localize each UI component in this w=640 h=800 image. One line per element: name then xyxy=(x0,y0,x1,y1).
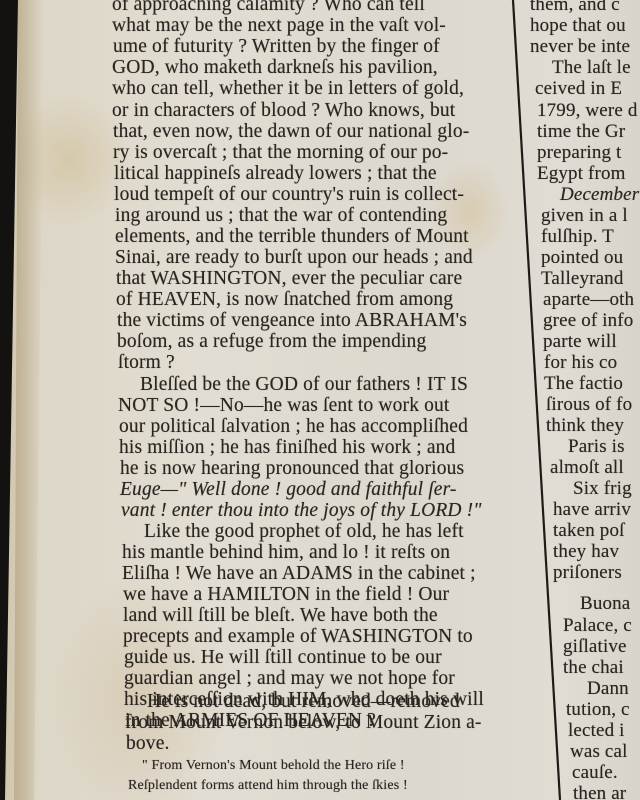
poem-line: Reſplendent forms attend him through the… xyxy=(128,777,408,795)
poem-line: " From Vernon's Mount behold the Hero ri… xyxy=(142,757,405,775)
poem-excerpt: " From Vernon's Mount behold the Hero ri… xyxy=(0,0,640,800)
